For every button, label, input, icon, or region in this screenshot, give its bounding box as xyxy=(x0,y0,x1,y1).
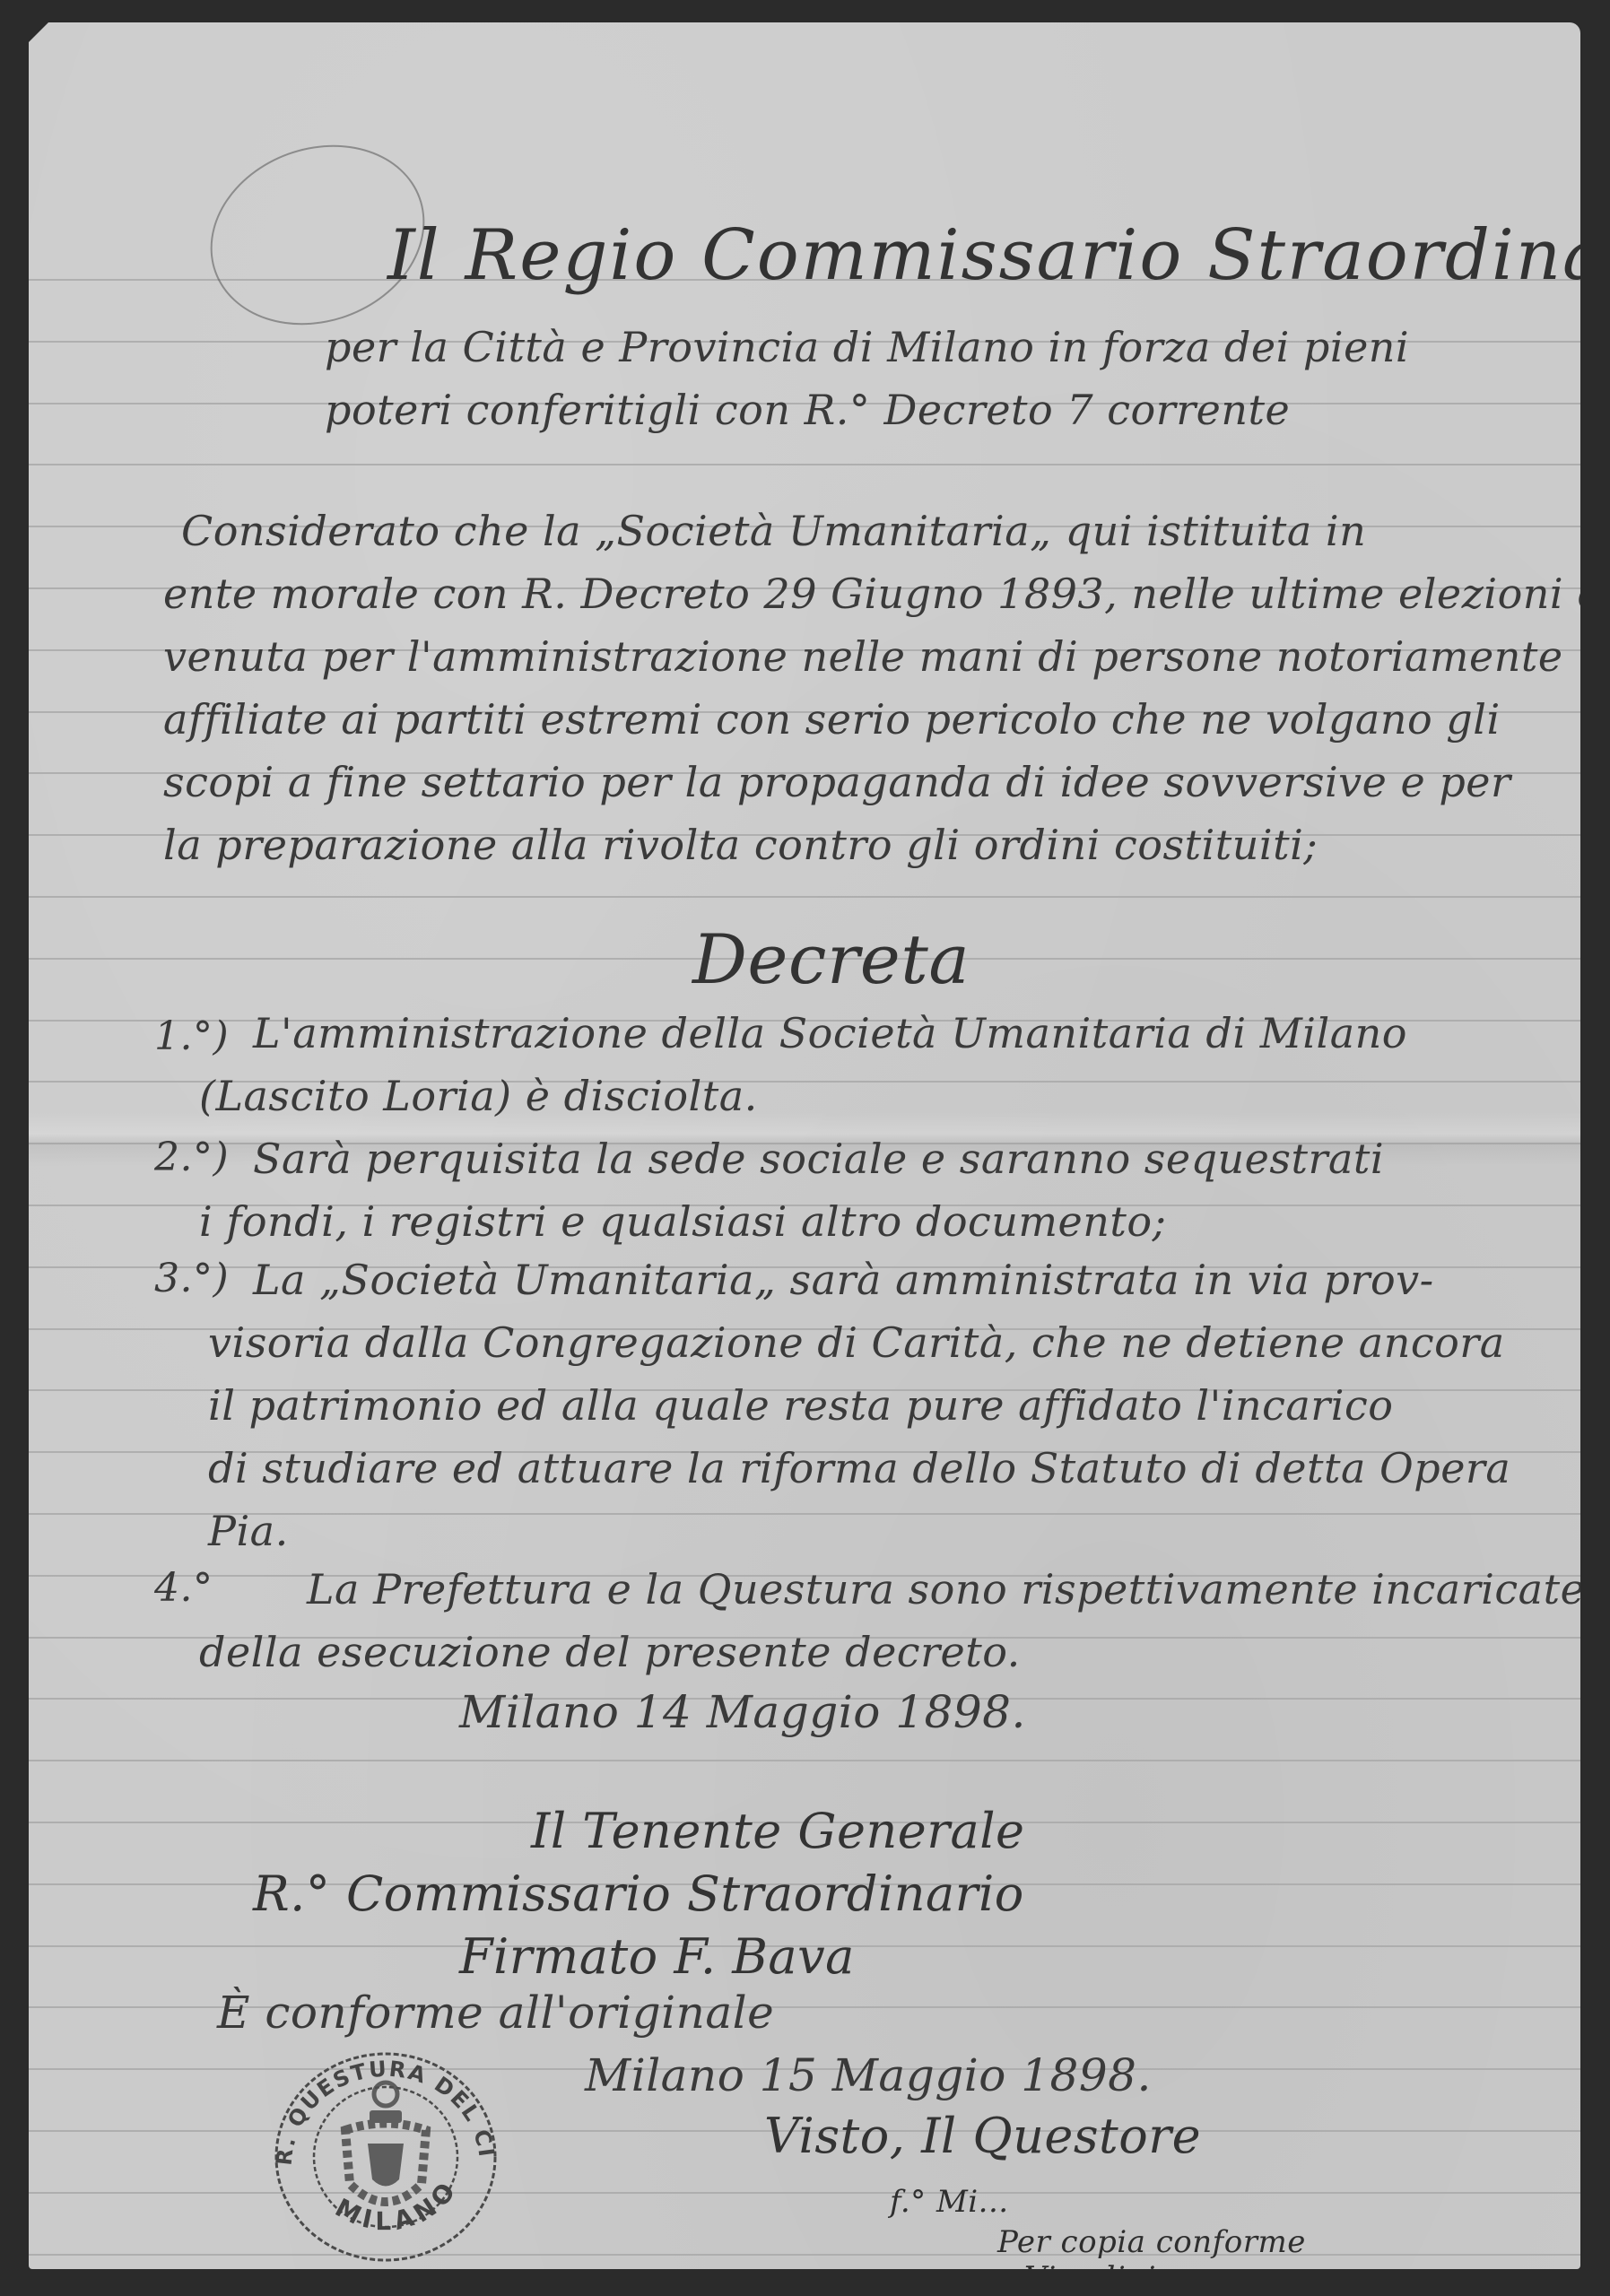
stamp-seal-icon: R. QUESTURA DEL CIRCONDARIO MILANO xyxy=(260,2031,511,2269)
article-2-number: 2.°) xyxy=(154,1135,229,1180)
article-4-line-1: La Prefettura e la Questura sono rispett… xyxy=(307,1565,1580,1613)
article-2-line-1: Sarà perquisita la sede sociale e sarann… xyxy=(253,1135,1384,1183)
article-3-line-3: il patrimonio ed alla quale resta pure a… xyxy=(208,1381,1393,1430)
preamble-line-3: venuta per l'amministrazione nelle mani … xyxy=(163,632,1563,681)
article-1-line-1: L'amministrazione della Società Umanitar… xyxy=(253,1009,1407,1057)
preamble-line-1: Considerato che la „Società Umanitaria„ … xyxy=(181,507,1366,555)
article-3-line-1: La „Società Umanitaria„ sarà amministrat… xyxy=(253,1256,1434,1304)
article-3-line-5: Pia. xyxy=(208,1507,289,1555)
conformity-date: Milano 15 Maggio 1898. xyxy=(585,2049,1152,2101)
ruled-line xyxy=(29,896,1580,898)
questore-signature: f.° Mi... xyxy=(890,2184,1009,2220)
signature-name: Firmato F. Bava xyxy=(459,1928,855,1985)
copy-note-line-1: Per copia conforme xyxy=(997,2224,1306,2260)
article-3-number: 3.°) xyxy=(154,1256,229,1301)
article-1-line-2: (Lascito Loria) è disciolta. xyxy=(199,1072,758,1120)
header-line-1: per la Città e Provincia di Milano in fo… xyxy=(325,323,1409,371)
article-4-number: 4.° xyxy=(154,1565,213,1611)
article-2-line-2: i fondi, i registri e qualsiasi altro do… xyxy=(199,1197,1167,1246)
preamble-line-4: affiliate ai partiti estremi con serio p… xyxy=(163,695,1501,744)
copy-note-line-2: Via...lini xyxy=(1024,2260,1156,2269)
coat-of-arms-icon xyxy=(345,2083,426,2202)
signature-rank: Il Tenente Generale xyxy=(531,1803,1024,1859)
signature-title: R.° Commissario Straordinario xyxy=(253,1865,1024,1922)
decree-date: Milano 14 Maggio 1898. xyxy=(459,1686,1026,1738)
document-sheet: Il Regio Commissario Straordinario per l… xyxy=(29,22,1580,2269)
ruled-line xyxy=(29,464,1580,465)
article-4-line-2: della esecuzione del presente decreto. xyxy=(199,1628,1021,1676)
decreta-heading: Decreta xyxy=(692,919,970,999)
questura-stamp: R. QUESTURA DEL CIRCONDARIO MILANO xyxy=(260,2031,511,2269)
visto-questore: Visto, Il Questore xyxy=(764,2108,1201,2164)
header-line-2: poteri conferitigli con R.° Decreto 7 co… xyxy=(325,386,1290,434)
article-3-line-4: di studiare ed attuare la riforma dello … xyxy=(208,1444,1510,1492)
preamble-line-5: scopi a fine settario per la propaganda … xyxy=(163,758,1511,806)
article-3-line-2: visoria dalla Congregazione di Carità, c… xyxy=(208,1318,1505,1367)
preamble-line-2: ente morale con R. Decreto 29 Giugno 189… xyxy=(163,570,1580,618)
ruled-line xyxy=(29,1760,1580,1761)
article-1-number: 1.°) xyxy=(154,1013,229,1059)
preamble-line-6: la preparazione alla rivolta contro gli … xyxy=(163,821,1318,869)
document-title: Il Regio Commissario Straordinario xyxy=(387,215,1580,296)
